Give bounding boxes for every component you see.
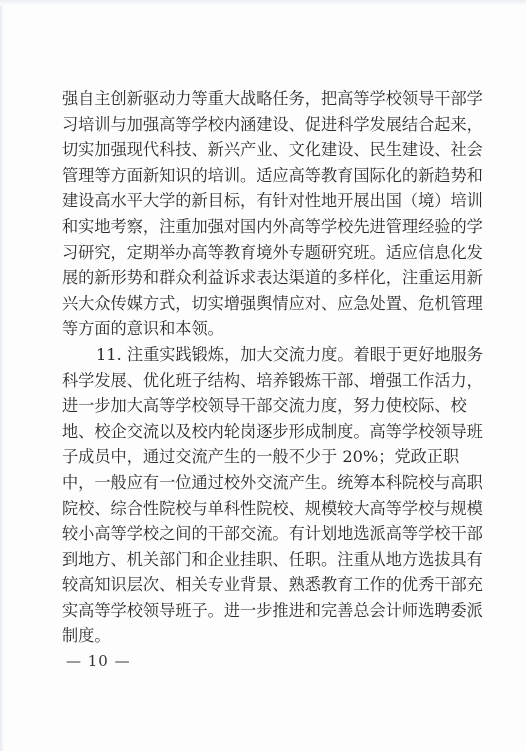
- text-line: 地、校企交流以及校内轮岗逐步形成制度。高等学校领导班: [62, 419, 456, 445]
- page-number: — 10 —: [66, 652, 131, 670]
- text-line: 兴大众传媒方式，切实增强舆情应对、应急处置、危机管理: [62, 291, 456, 317]
- text-line: 习研究，定期举办高等教育境外专题研究班。适应信息化发: [62, 240, 456, 266]
- text-line: 制度。: [62, 623, 456, 649]
- text-line: 习培训与加强高等学校内涵建设、促进科学发展结合起来，: [62, 112, 456, 138]
- text-line: 管理等方面新知识的培训。适应高等教育国际化的新趋势和: [62, 163, 456, 189]
- paragraph-11: 11. 注重实践锻炼，加大交流力度。着眼于更好地服务 科学发展、优化班子结构、培…: [62, 342, 456, 649]
- text-line: 实高等学校领导班子。进一步推进和完善总会计师选聘委派: [62, 598, 456, 624]
- document-body: 强自主创新驱动力等重大战略任务，把高等学校领导干部学 习培训与加强高等学校内涵建…: [62, 86, 456, 649]
- text-line: 展的新形势和群众利益诉求表达渠道的多样化，注重运用新: [62, 265, 456, 291]
- text-line: 建设高水平大学的新目标，有针对性地开展出国（境）培训: [62, 188, 456, 214]
- text-line: 强自主创新驱动力等重大战略任务，把高等学校领导干部学: [62, 86, 456, 112]
- section-heading-line: 11. 注重实践锻炼，加大交流力度。着眼于更好地服务: [62, 342, 456, 368]
- text-line: 等方面的意识和本领。: [62, 316, 456, 342]
- text-line: 切实加强现代科技、新兴产业、文化建设、民生建设、社会: [62, 137, 456, 163]
- text-line: 进一步加大高等学校领导干部交流力度，努力使校际、校: [62, 393, 456, 419]
- text-line: 较高知识层次、相关专业背景、熟悉教育工作的优秀干部充: [62, 572, 456, 598]
- text-line: 较小高等学校之间的干部交流。有计划地选派高等学校干部: [62, 521, 456, 547]
- text-line: 和实地考察，注重加强对国内外高等学校先进管理经验的学: [62, 214, 456, 240]
- text-line: 子成员中，通过交流产生的一般不少于 20%；党政正职: [62, 444, 456, 470]
- text-line: 中，一般应有一位通过校外交流产生。统筹本科院校与高职: [62, 470, 456, 496]
- page-edge-shadow: [0, 0, 4, 751]
- text-line: 院校、综合性院校与单科性院校、规模较大高等学校与规模: [62, 496, 456, 522]
- page-top-shadow: [0, 0, 526, 6]
- text-line: 科学发展、优化班子结构、培养锻炼干部、增强工作活力，: [62, 368, 456, 394]
- paragraph-10-continued: 强自主创新驱动力等重大战略任务，把高等学校领导干部学 习培训与加强高等学校内涵建…: [62, 86, 456, 342]
- text-line: 到地方、机关部门和企业挂职、任职。注重从地方选拔具有: [62, 547, 456, 573]
